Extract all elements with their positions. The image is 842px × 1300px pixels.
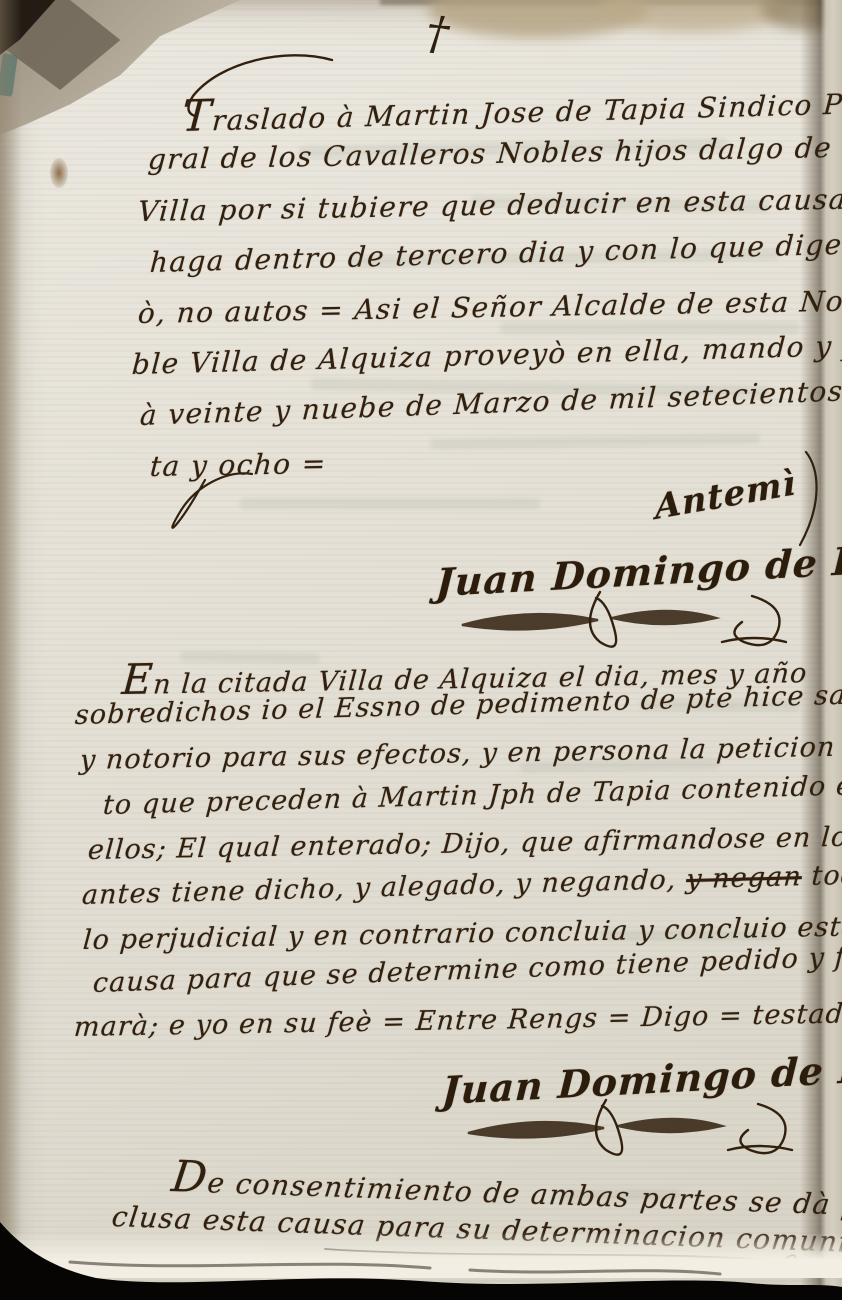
- bottom-curled-edge: [0, 1232, 842, 1278]
- left-page-edge: [0, 0, 22, 1300]
- struck-out-words: y negan: [685, 861, 803, 895]
- line-segment: todo: [801, 859, 842, 892]
- paper-hole: [50, 158, 68, 188]
- manuscript-line: ta y ocho =: [149, 447, 328, 483]
- top-edge-shadow: [380, 0, 842, 5]
- scanned-manuscript-page: † Traslado à Martin Jose de Tapia Sindic…: [0, 0, 842, 1300]
